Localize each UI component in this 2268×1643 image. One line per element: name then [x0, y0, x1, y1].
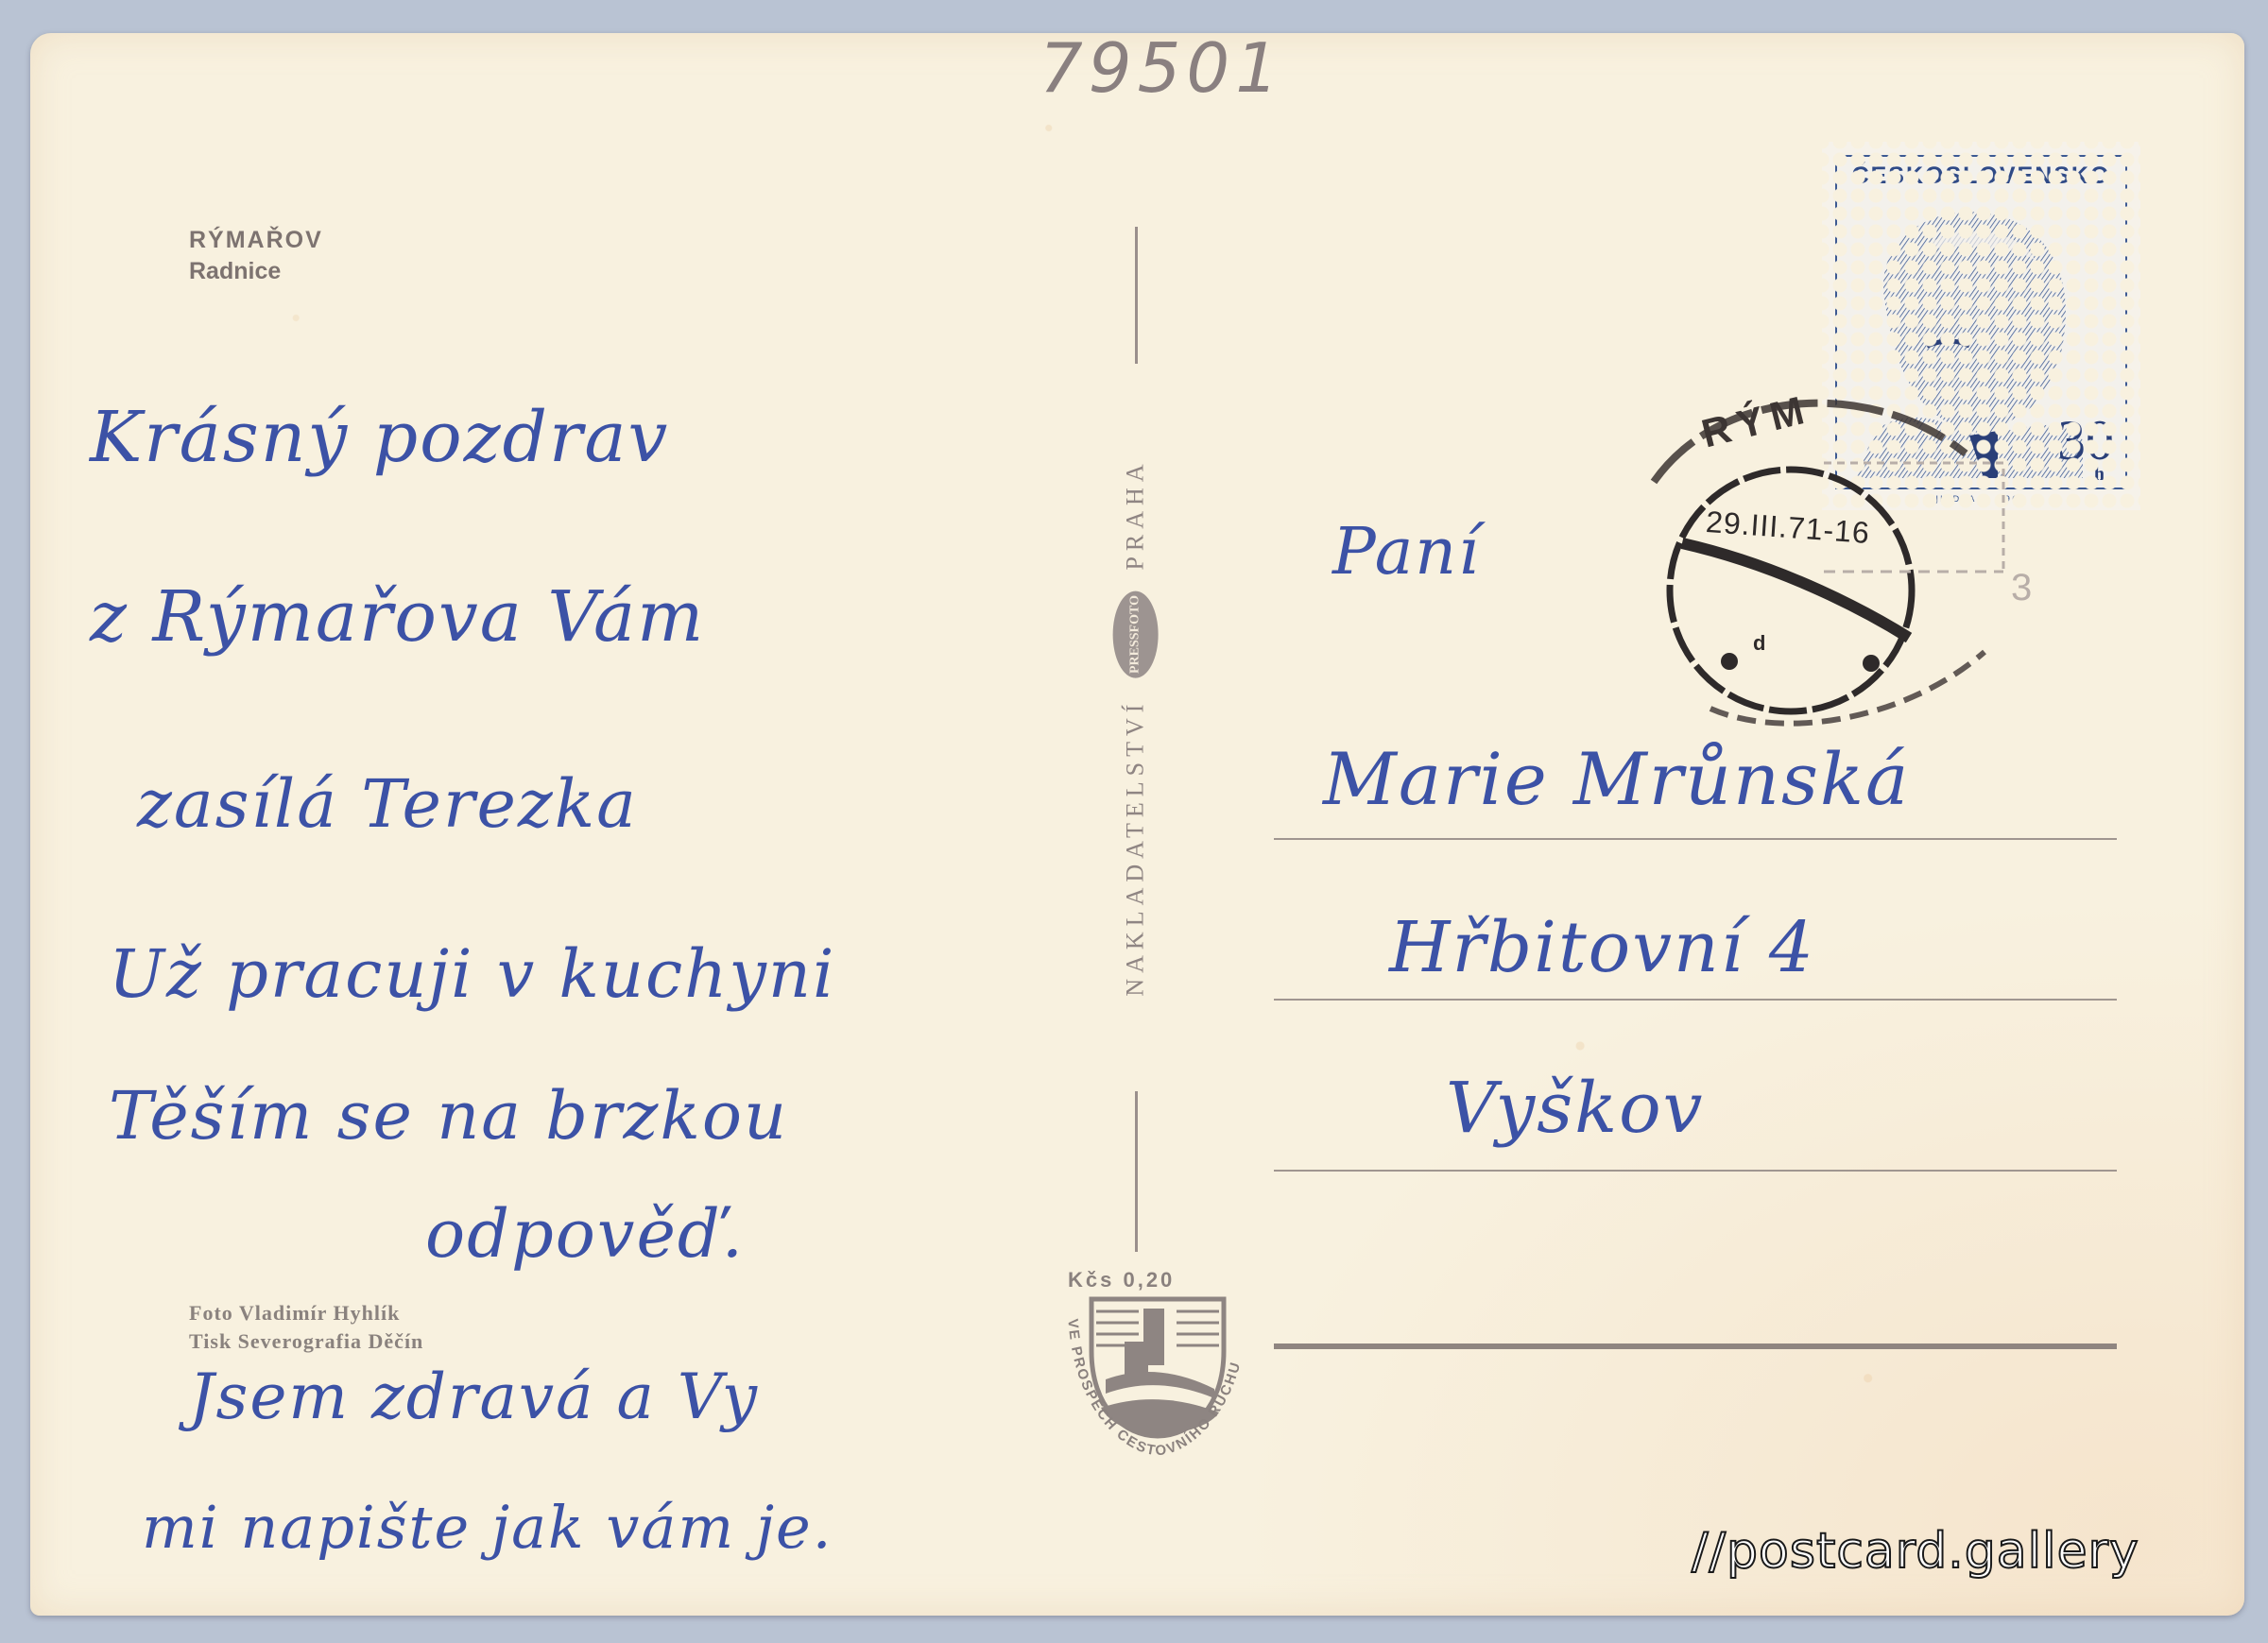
address-name: Marie Mrůnská [1323, 737, 1910, 821]
pencil-reference-number: 79501 [1039, 28, 1284, 108]
publisher-imprint: NAKLADATELSTVÍ PRESSFOTO PRAHA [1120, 364, 1152, 1091]
stamp-unit: h [2094, 464, 2105, 486]
postmark-letter: d [1753, 631, 1765, 656]
pressfoto-logo-icon: PRESSFOTO [1113, 591, 1159, 678]
site-watermark: //postcard.gallery [1692, 1523, 2139, 1580]
castle-shield-icon: VE PROSPĚCH CESTOVNÍHO RUCHU [1049, 1266, 1266, 1464]
message-line: Krásný pozdrav [90, 397, 669, 478]
caption-subject: Radnice [189, 258, 323, 285]
printed-credits: Foto Vladimír Hyhlík Tisk Severografia D… [189, 1299, 423, 1356]
message-line: Už pracuji v kuchyni [109, 935, 835, 1013]
postmark-extra-mark: 3 [2011, 567, 2032, 609]
publisher-left: NAKLADATELSTVÍ [1122, 699, 1150, 997]
publisher-right: PRAHA [1122, 458, 1150, 570]
address-line-rule [1274, 1170, 2117, 1172]
message-line: Těším se na brzkou [109, 1077, 788, 1155]
stamp-country: ČESKOSLOVENSKO [1837, 163, 2125, 190]
message-line: Jsem zdravá a Vy [189, 1361, 759, 1433]
address-line-rule [1274, 838, 2117, 840]
message-line: z Rýmařova Vám [90, 576, 705, 658]
address-street: Hřbitovní 4 [1389, 907, 1815, 988]
print-credit: Tisk Severografia Děčín [189, 1327, 423, 1356]
address-city: Vyškov [1446, 1068, 1704, 1149]
address-line-rule [1274, 1343, 2117, 1349]
message-line: zasílá Terezka [137, 765, 638, 843]
printed-caption: RÝMAŘOV Radnice [189, 227, 323, 285]
stamp-value: 30 [2057, 412, 2114, 469]
photo-credit: Foto Vladimír Hyhlík [189, 1299, 423, 1327]
message-line: odpověď. [425, 1195, 745, 1273]
message-line: mi napište jak vám je. [142, 1493, 833, 1562]
address-salutation: Paní [1332, 515, 1481, 590]
address-line-rule [1274, 999, 2117, 1001]
caption-town: RÝMAŘOV [189, 227, 323, 254]
